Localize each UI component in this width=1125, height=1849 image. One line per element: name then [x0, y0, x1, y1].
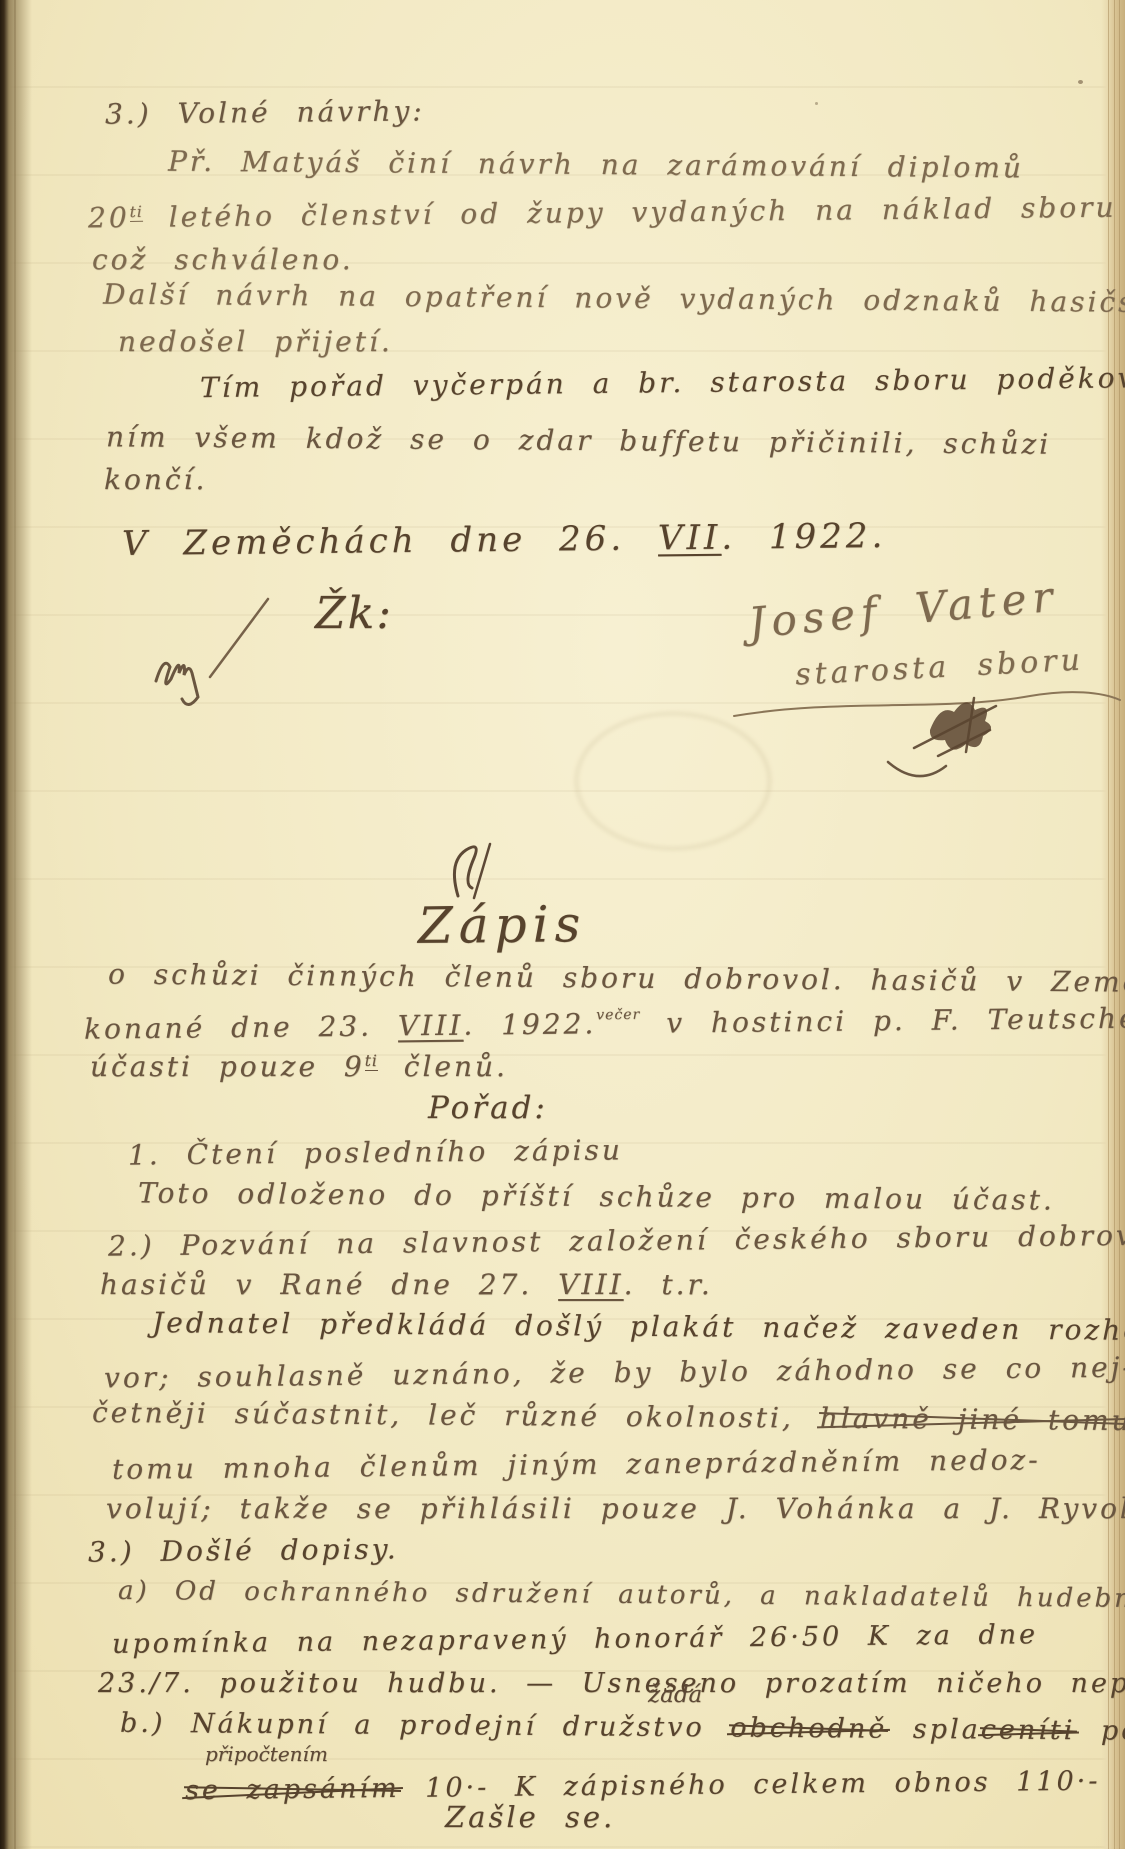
line-volne-navrhy-heading: 3.) Volné návrhy: [105, 94, 425, 130]
line-podekovani: ním všem kdož se o zdar buffetu přičinil… [106, 420, 1051, 460]
superscript-ti: ti [365, 1052, 378, 1071]
agenda-item-1-note: Toto odloženo do příští schůze pro malou… [138, 1176, 1055, 1216]
agenda-item-2-cont: hasičů v Rané dne 27. VIII. t.r. [100, 1268, 713, 1301]
text-segment: konané dne 23. [84, 1009, 398, 1045]
text-segment: . 1922. [463, 1007, 596, 1041]
page-edge-line [1114, 0, 1115, 1849]
superscript-vecer: večer [596, 1007, 640, 1023]
agenda-item-1: 1. Čtení posledního zápisu [128, 1133, 623, 1171]
text-segment: b.) Nákupní a prodejní družstvo [120, 1708, 731, 1744]
blotted-signature [878, 690, 1038, 790]
line-ochranne-sdruzeni: a) Od ochranného sdružení autorů, a nakl… [118, 1576, 1125, 1614]
ink-speck [1078, 80, 1083, 84]
struck-text: hlavně jiné tomu- [820, 1402, 1125, 1438]
clerk-initials: Žk: [315, 588, 393, 639]
line-zapisne: se zapsáním 10·- K zápisného celkem obno… [185, 1765, 1125, 1806]
text-segment: hasičů v Rané dne 27. [100, 1268, 558, 1301]
text-segment: . 1922. [721, 516, 886, 558]
text-segment: letého členství od župy vydaných na nákl… [143, 191, 1117, 234]
chairman-signature: Josef Vater [746, 572, 1060, 648]
manuscript-page: { "colors":{"paper":"#f2e9c3","ink":"#6a… [0, 0, 1125, 1849]
intro-line-1: o schůzi činných členů sboru dobrovol. h… [108, 958, 1125, 1000]
roman-month: VIII [558, 1268, 623, 1301]
text-segment: členů. [378, 1050, 508, 1083]
text-segment: spla [887, 1714, 981, 1746]
page-edge-line [1108, 0, 1109, 1849]
line-schvaleno: což schváleno. [92, 243, 354, 276]
text-segment: 10·- K zápisného celkem obnos 110·- Kč. [399, 1765, 1125, 1804]
struck-text: obchodně [730, 1712, 887, 1744]
line-usneseno: 23./7. použitou hudbu. — Usneseno prozat… [98, 1668, 1125, 1699]
superscript-ti: ti [130, 202, 143, 221]
line-nedosel-prijeti: nedošel přijetí. [118, 325, 393, 358]
struck-text: se zapsáním [185, 1773, 400, 1806]
line-zasle-se: Zašle se. [445, 1800, 615, 1834]
ink-speck [815, 102, 818, 105]
line-jednatel: Jednatel předkládá došlý plakát načež za… [152, 1306, 1125, 1347]
text-segment: četněji súčastnit, leč různé okolnosti, [92, 1396, 820, 1435]
text-segment: 23./7. použitou hudbu. — Usneseno prozat… [98, 1668, 1125, 1699]
record-title: Zápis [418, 895, 587, 955]
page-crease [14, 0, 16, 1849]
line-souhlasne: vor; souhlasně uznáno, že by bylo záhodn… [104, 1351, 1125, 1395]
clerk-signature-scribble [140, 585, 310, 725]
roman-month: VIII [398, 1009, 464, 1043]
line-porad-vycerpan: Tím pořad vyčerpán a br. starosta sboru … [200, 361, 1125, 404]
intro-line-2: konané dne 23. VIII. 1922.večer v hostin… [84, 999, 1125, 1045]
inserted-word-pripoctenim: připočtením [205, 1742, 328, 1766]
roman-month: VII [658, 518, 722, 559]
page-edge-line [1119, 0, 1120, 1849]
agenda-heading: Pořad: [428, 1090, 548, 1126]
book-spine-edge [0, 0, 34, 1849]
agenda-item-3: 3.) Došlé dopisy. [88, 1532, 399, 1568]
text-segment: podílu. [1075, 1715, 1125, 1747]
line-tomu-mnoha: tomu mnoha členům jiným zaneprázdněním n… [112, 1443, 1041, 1486]
inserted-word-zada: žádá [648, 1682, 702, 1708]
agenda-item-2: 2.) Pozvání na slavnost založení českého… [108, 1218, 1125, 1262]
line-konci: končí. [104, 463, 207, 496]
page-edge-right [1101, 0, 1125, 1849]
line-dalsi-navrh: Další návrh na opatření nově vydaných od… [103, 278, 1125, 320]
intro-line-3: účasti pouze 9ti členů. [90, 1050, 508, 1083]
text-segment: V Zeměchách dne 26. [122, 518, 658, 564]
line-clenstvi: 20ti letého členství od župy vydaných na… [88, 191, 1117, 235]
line-navrh-matyas: Př. Matyáš činí návrh na zarámování dipl… [168, 145, 1024, 185]
dateline: V Zeměchách dne 26. VII. 1922. [122, 516, 887, 564]
line-prihlasili: volují; takže se přihlásili pouze J. Voh… [106, 1492, 1125, 1525]
text-segment: . t.r. [624, 1268, 713, 1301]
struck-text: ceníti [981, 1714, 1076, 1746]
text-segment: v hostinci p. F. Teutschera za slabé [640, 999, 1125, 1039]
line-upominka: upomínka na nezapravený honorář 26·50 K … [112, 1619, 1038, 1660]
text-segment: 20 [88, 201, 130, 234]
text-segment: účasti pouze 9 [90, 1050, 365, 1083]
line-cetneji: četněji súčastnit, leč různé okolnosti, … [92, 1396, 1125, 1437]
